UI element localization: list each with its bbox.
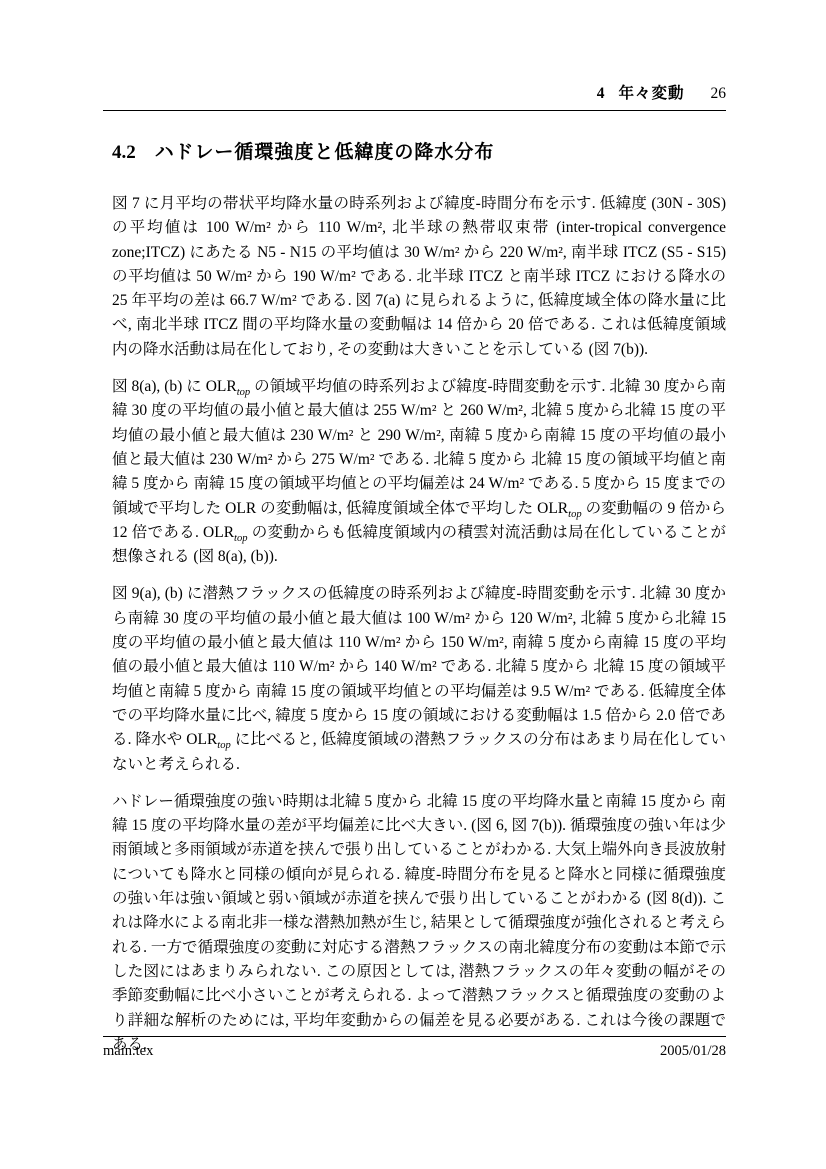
subscript-label: top — [237, 387, 250, 398]
paragraph: 図 8(a), (b) に OLRtop の領域平均値の時系列および緯度-時間変… — [112, 375, 726, 569]
header-page-number: 26 — [711, 85, 727, 102]
footer-filename: main.tex — [103, 1042, 153, 1060]
section-number: 4.2 — [112, 142, 136, 163]
document-body: 図 7 に月平均の帯状平均降水量の時系列および緯度-時間分布を示す. 低緯度 (… — [112, 192, 726, 1057]
subscript-label: top — [568, 509, 581, 520]
section-title: ハドレー循環強度と低緯度の降水分布 — [155, 142, 495, 163]
page-footer: main.tex 2005/01/28 — [103, 1036, 726, 1060]
subscript-label: top — [217, 740, 230, 751]
footer-date: 2005/01/28 — [660, 1042, 726, 1060]
paragraph: 図 7 に月平均の帯状平均降水量の時系列および緯度-時間分布を示す. 低緯度 (… — [112, 192, 726, 362]
header-section-number: 4 — [597, 85, 605, 102]
header-section-title: 年々変動 — [618, 85, 684, 102]
paragraph: ハドレー循環強度の強い時期は北緯 5 度から 北緯 15 度の平均降水量と南緯 … — [112, 790, 726, 1057]
subscript-label: top — [234, 533, 247, 544]
paragraph: 図 9(a), (b) に潜熱フラックスの低緯度の時系列および緯度-時間変動を示… — [112, 582, 726, 776]
running-header: 4年々変動26 — [103, 84, 726, 111]
section-heading: 4.2ハドレー循環強度と低緯度の降水分布 — [112, 141, 726, 165]
